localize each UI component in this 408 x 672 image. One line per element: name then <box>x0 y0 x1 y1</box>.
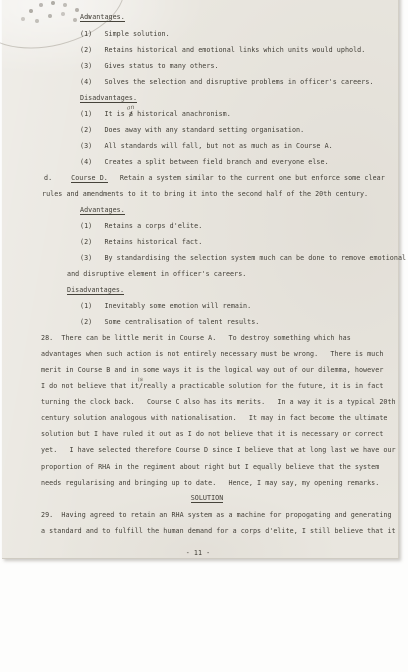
paragraph-28-line: advantages when such action is not entir… <box>41 350 383 359</box>
struck-char: aan <box>129 110 133 119</box>
paragraph-28-line-with-insert: I do not believe that it/isreally a prac… <box>41 382 383 391</box>
paragraph-28-line: turning the clock back. Course C also ha… <box>41 398 396 407</box>
typed-slash-insert: /is <box>139 382 143 391</box>
list-item-with-correction: (1) It is aan historical anachronism. <box>80 110 231 119</box>
paragraph-28-line: proportion of RHA in the regiment about … <box>41 463 379 472</box>
course-d-label: Course D. <box>71 174 108 183</box>
section-heading-advantages-2: Advantages. <box>80 206 125 215</box>
section-heading-advantages-1: Advantages. <box>80 13 125 22</box>
paragraph-29-line: a standard and to fulfill the human dema… <box>41 527 396 536</box>
section-heading-disadvantages-1: Disadvantages. <box>80 94 137 103</box>
section-heading-disadvantages-2: Disadvantages. <box>67 286 124 295</box>
handwritten-insert-an: an <box>126 103 135 113</box>
section-heading-solution: SOLUTION <box>42 494 372 503</box>
list-item: (3) By standardising the selection syste… <box>80 254 406 263</box>
paragraph-28-line: needs regularising and bringing up to da… <box>41 479 379 488</box>
list-item: (4) Creates a split between field branch… <box>80 158 329 167</box>
list-item: (2) Some centralisation of talent result… <box>80 318 259 327</box>
list-item: (3) Gives status to many others. <box>80 62 219 71</box>
list-item: (2) Does away with any standard setting … <box>80 126 304 135</box>
paragraph-29-line: 29. Having agreed to retain an RHA syste… <box>41 511 392 520</box>
list-item: (4) Solves the selection and disruptive … <box>80 78 374 87</box>
list-item: (1) Retains a corps d'elite. <box>80 222 202 231</box>
document-page: Advantages. (1) Simple solution. (2) Ret… <box>2 0 399 559</box>
list-item: (1) Simple solution. <box>80 30 170 39</box>
paragraph-28-line: century solution analogous with national… <box>41 414 387 423</box>
list-item: (2) Retains historical fact. <box>80 238 202 247</box>
paragraph-28-line: yet. I have selected therefore Course D … <box>41 446 396 455</box>
paragraph-line: rules and amendments to it to bring it i… <box>42 190 368 199</box>
list-item-wrap: and disruptive element in officer's care… <box>67 270 246 279</box>
list-item: (2) Retains historical and emotional lin… <box>80 46 365 55</box>
paragraph-28-line: 28. There can be little merit in Course … <box>41 334 351 343</box>
paragraph-28-line: merit in Course B and in some ways it is… <box>41 366 383 375</box>
list-item: (1) Inevitably some emotion will remain. <box>80 302 251 311</box>
paragraph-28-line: solution but I have ruled it out as I do… <box>41 430 383 439</box>
page-number: - 11 - <box>42 549 354 558</box>
handwritten-insert-is: is <box>137 375 143 385</box>
paragraph-course-d: d.Course D.Retain a system similar to th… <box>44 174 385 183</box>
list-item: (3) All standards will fall, but not as … <box>80 142 333 151</box>
